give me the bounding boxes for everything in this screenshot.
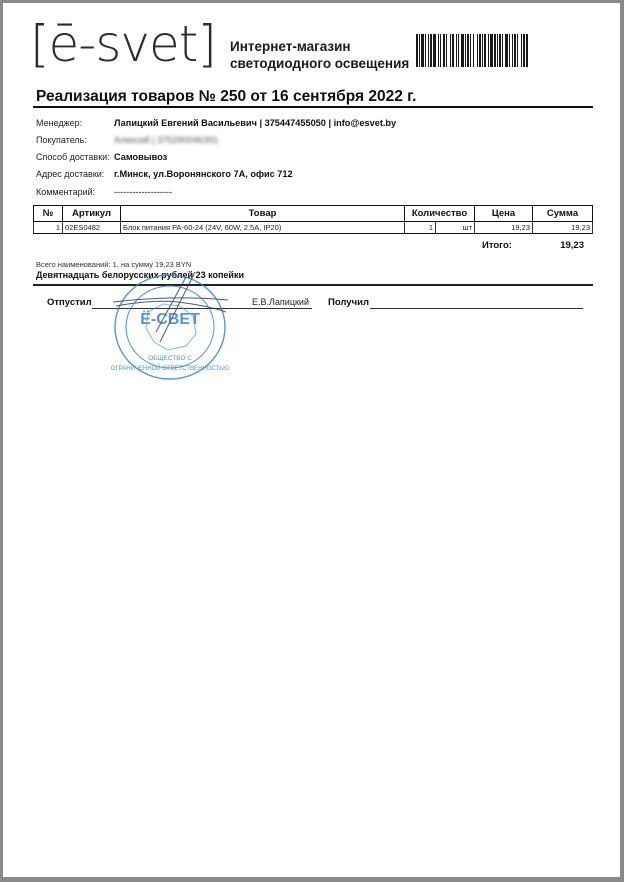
logo-text: ē-svet (49, 15, 198, 73)
buyer-label: Покупатель: (36, 133, 87, 147)
released-name: Е.В.Лапицкий (252, 297, 309, 307)
tagline-line-2: светодиодного освещения (230, 55, 409, 72)
col-price: Цена (475, 206, 533, 222)
address-label: Адрес доставки: (36, 167, 104, 181)
cell-num: 1 (34, 222, 63, 234)
cell-price: 19,23 (475, 222, 533, 234)
goods-table: № Артикул Товар Количество Цена Сумма 1 … (33, 205, 593, 234)
manager-value: Лапицкий Евгений Васильевич | 3754474550… (114, 116, 396, 130)
comment-label: Комментарий: (36, 185, 95, 199)
received-label: Получил (328, 297, 369, 308)
col-quantity: Количество (405, 206, 475, 222)
delivery-value: Самовывоз (114, 150, 167, 164)
title-divider (33, 106, 593, 108)
total-value: 19,23 (540, 240, 584, 251)
buyer-value-redacted: Алексей | 375290046391 (114, 133, 218, 147)
cell-sum: 19,23 (533, 222, 593, 234)
cell-unit: шт (436, 222, 475, 234)
table-header-row: № Артикул Товар Количество Цена Сумма (34, 206, 593, 222)
received-signature-line (370, 308, 583, 309)
stamp-center-text: Ё-СВЕТ (140, 310, 200, 328)
col-num: № (34, 206, 63, 222)
company-stamp-icon: Ё-СВЕТ ОБЩЕСТВО С ОГРАНИЧЕННОЙ ОТВЕТСТВЕ… (108, 272, 232, 382)
cell-qty: 1 (405, 222, 436, 234)
page-frame (0, 0, 624, 882)
total-label: Итого: (482, 240, 512, 251)
col-sum: Сумма (533, 206, 593, 222)
tagline-line-1: Интернет-магазин (230, 38, 409, 55)
address-value: г.Минск, ул.Воронянского 7А, офис 712 (114, 167, 293, 181)
svg-text:ОБЩЕСТВО С: ОБЩЕСТВО С (148, 355, 192, 362)
delivery-label: Способ доставки: (36, 150, 110, 164)
col-article: Артикул (63, 206, 121, 222)
cell-article: 02ES0482 (63, 222, 121, 234)
barcode-icon (416, 34, 582, 67)
comment-value: ------------------- (114, 185, 172, 199)
logo-bracket-open: [ (30, 15, 49, 73)
items-summary: Всего наименований: 1, на сумму 19,23 BY… (36, 260, 191, 269)
released-label: Отпустил (47, 297, 92, 308)
col-product: Товар (121, 206, 405, 222)
cell-product: Блок питания PA-60-24 (24V, 60W, 2.5A, I… (121, 222, 405, 234)
esvet-logo: [ē-svet] (30, 16, 216, 72)
document-title: Реализация товаров № 250 от 16 сентября … (36, 88, 416, 106)
manager-label: Менеджер: (36, 116, 82, 130)
svg-text:ОГРАНИЧЕННОЙ ОТВЕТСТВЕННОСТЬЮ: ОГРАНИЧЕННОЙ ОТВЕТСТВЕННОСТЬЮ (111, 364, 229, 372)
tagline: Интернет-магазин светодиодного освещения (230, 38, 409, 72)
table-row: 1 02ES0482 Блок питания PA-60-24 (24V, 6… (34, 222, 593, 234)
logo-bracket-close: ] (197, 15, 216, 73)
